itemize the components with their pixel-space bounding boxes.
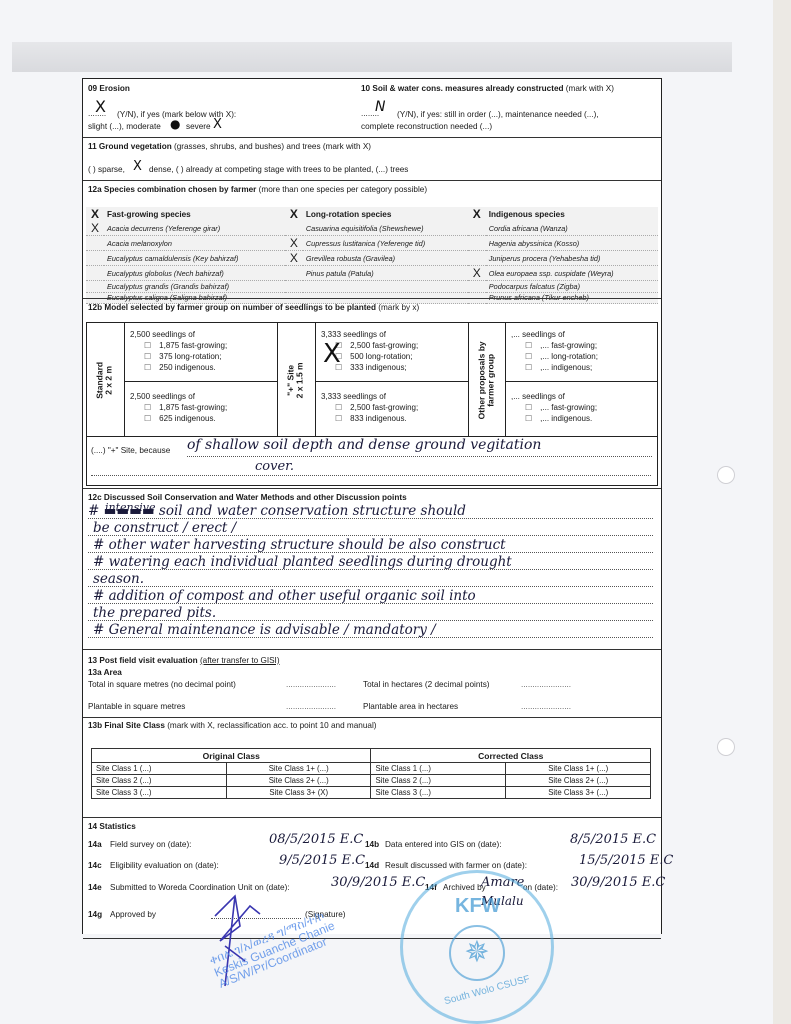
erosion-answer[interactable]: X [95,97,106,116]
total-sqm-field[interactable]: ...................... [286,680,336,689]
seedling-text: 500 long-rotation; [350,352,412,361]
species-checkbox[interactable] [285,266,303,281]
dense-checkbox[interactable]: X [133,159,142,174]
other-option-a[interactable]: ,... seedlings of☐,... fast-growing;☐,..… [511,329,598,373]
site-class-title-bold: 13b Final Site Class [88,721,165,730]
seedling-text: 250 indigenous. [159,363,216,372]
seedling-total: 3,333 seedlings of [321,391,418,402]
seedling-breakdown: ☐250 indigenous. [130,362,227,373]
species-checkbox[interactable] [285,221,303,236]
site-class-row: Site Class 2 (...)Site Class 2+ (...)Sit… [92,775,651,787]
species-name: Acacia melanoxylon [104,236,285,251]
plus-site-option-b[interactable]: 3,333 seedlings of☐2,500 fast-growing;☐8… [321,391,418,424]
seedling-text: 833 indigenous. [350,414,407,423]
discussion-line[interactable]: the prepared pits. [93,605,216,621]
species-name: Cupressus lustitanica (Yeferenge tid) [303,236,468,251]
species-name: Cordia africana (Wanza) [486,221,658,236]
other-option-b[interactable]: ,... seedlings of☐,... fast-growing;☐,..… [511,391,597,424]
plantable-ha-field[interactable]: ...................... [521,702,571,711]
gis-entry-date[interactable]: 8/5/2015 E.C [570,832,656,847]
seedling-text: 2,500 fast-growing; [350,341,418,350]
species-checkbox[interactable] [468,251,486,266]
section-erosion-swc: 09 Erosion ........ X (Y/N), if yes (mar… [83,79,661,135]
evaluation-subtitle: (after transfer to GISI) [200,656,280,665]
checkbox-icon[interactable]: ☐ [335,414,342,423]
seedling-text: ,... seedlings of [511,392,565,401]
species-checkbox[interactable] [86,251,104,266]
punch-hole [717,738,735,756]
seedling-breakdown: ☐,... long-rotation; [511,351,598,362]
site-class-option[interactable]: Site Class 3 (...) [371,787,506,799]
seedling-total: ,... seedlings of [511,329,598,340]
total-ha-field[interactable]: ...................... [521,680,571,689]
species-name: Grevillea robusta (Gravilea) [303,251,468,266]
site-class-option[interactable]: Site Class 1+ (...) [506,763,651,775]
standard-model-label: Standard2 x 2 m [96,340,115,420]
seedling-breakdown: ☐,... indigenous. [511,413,597,424]
species-checkbox[interactable]: X [285,236,303,251]
seedling-breakdown: ☐833 indigenous. [321,413,418,424]
seedling-text: ,... seedlings of [511,330,565,339]
swc-title-bold: 10 Soil & water cons. measures already c… [361,84,564,93]
seedling-breakdown: ☐2,500 fast-growing; [321,402,418,413]
seedling-text: ,... indigenous; [540,363,592,372]
seedling-text: 1,875 fast-growing; [159,403,227,412]
seedling-breakdown: ☐375 long-rotation; [130,351,227,362]
model-grid: Standard2 x 2 m "+" Site2 x 1.5 m Other … [86,322,658,486]
species-title: 12a Species combination chosen by farmer… [88,185,427,194]
species-name: Eucalyptus grandis (Grandis bahirzaf) [104,281,285,293]
kfw-round-stamp: KFW ✵ South Wolo CSUSF [400,870,554,1024]
vegetation-title-bold: 11 Ground vegetation [88,142,172,151]
seedling-breakdown: ☐1,875 fast-growing; [130,402,227,413]
archive-date[interactable]: 30/9/2015 E.C [571,875,665,890]
seedling-breakdown: ☐,... indigenous; [511,362,598,373]
scan-shadow-band [12,42,732,72]
discussion-line[interactable]: # General maintenance is advisable / man… [93,622,436,638]
species-name: Podocarpus falcatus (Zigba) [486,281,658,293]
standard-option-a[interactable]: 2,500 seedlings of☐1,875 fast-growing;☐3… [130,329,227,373]
species-checkbox[interactable] [285,281,303,293]
field-survey-date[interactable]: 08/5/2015 E.C [269,832,363,847]
section-discussion-points: 12c Discussed Soil Conservation and Wate… [83,488,661,647]
stat-14g-code: 14g [88,910,102,919]
standard-dim: 2 x 2 m [104,366,114,395]
seedling-text: 625 indigenous. [159,414,216,423]
vegetation-title: 11 Ground vegetation (grasses, shrubs, a… [88,142,371,151]
site-class-option[interactable]: Site Class 1+ (...) [226,763,371,775]
stat-14b-label: Data entered into GIS on (date): [385,840,502,849]
checkbox-icon[interactable]: ☐ [144,352,151,361]
plus-site-selected-mark: X [323,339,341,369]
swc-title: 10 Soil & water cons. measures already c… [361,84,614,93]
seedling-text: 2,500 seedlings of [130,330,195,339]
species-row: Eucalyptus grandis (Grandis bahirzaf)Pod… [86,281,658,293]
swc-line1: (Y/N), if yes: still in order (...), mai… [397,110,599,119]
site-class-option[interactable]: Site Class 3+ (X) [226,787,371,799]
other-label2: farmer group [486,354,496,407]
seedling-text: 375 long-rotation; [159,352,221,361]
farmer-discussion-date[interactable]: 15/5/2015 E.C [579,853,673,868]
seedling-total: ,... seedlings of [511,391,597,402]
site-class-row: Site Class 3 (...)Site Class 3+ (X)Site … [92,787,651,799]
discussion-line[interactable]: # ▬▬▬▬ soil and water conservation struc… [88,503,466,519]
long-x-header: X [285,207,303,221]
area-title: 13a Area [88,668,122,677]
stat-14c-label: Eligibility evaluation on (date): [110,861,219,870]
checkbox-icon[interactable]: ☐ [525,363,532,372]
section-post-field-evaluation: 13 Post field visit evaluation (after tr… [83,649,661,815]
plantable-ha-label: Plantable area in hectares [363,702,458,711]
long-rotation-header: Long-rotation species [303,207,468,221]
species-checkbox[interactable]: X [468,266,486,281]
seedling-text: 2,500 seedlings of [130,392,195,401]
section-species-combination: 12a Species combination chosen by farmer… [83,180,661,296]
eligibility-date[interactable]: 9/5/2015 E.C [279,853,365,868]
checkbox-icon[interactable]: ☐ [144,341,151,350]
woreda-submission-date[interactable]: 30/9/2015 E.C [331,875,425,890]
seedling-text: ,... indigenous. [540,414,592,423]
species-name: Acacia decurrens (Yeferenge girar) [104,221,285,236]
discussion-line[interactable]: # watering each individual planted seedl… [93,554,512,570]
other-proposals-label: Other proposals byfarmer group [478,335,497,425]
evaluation-title-bold: 13 Post field visit evaluation [88,656,198,665]
site-class-row: Site Class 1 (...)Site Class 1+ (...)Sit… [92,763,651,775]
species-checkbox[interactable] [468,281,486,293]
section-statistics: 14 Statistics 14a Field survey on (date)… [83,817,661,939]
fast-x-header: X [86,207,104,221]
species-checkbox[interactable] [468,221,486,236]
species-name: Eucalyptus camaldulensis (Key bahirzaf) [104,251,285,266]
stat-14g-label: Approved by [110,910,156,919]
because-handwriting-2[interactable]: cover. [255,459,294,474]
site-class-option[interactable]: Site Class 2 (...) [371,775,506,787]
stat-14a-code: 14a [88,840,102,849]
species-name [303,281,468,293]
star-emblem-icon: ✵ [449,925,505,981]
total-ha-label: Total in hectares (2 decimal points) [363,680,490,689]
seedling-text: ,... fast-growing; [540,403,597,412]
seedling-text: ,... long-rotation; [540,352,598,361]
seedling-breakdown: ☐625 indigenous. [130,413,227,424]
vegetation-rest: dense, ( ) already at competing stage wi… [149,165,408,174]
checkbox-icon[interactable]: ☐ [144,414,151,423]
species-checkbox[interactable]: X [285,251,303,266]
statistics-title: 14 Statistics [88,822,136,831]
stat-14d-label: Result discussed with farmer on (date): [385,861,527,870]
stat-14e-code: 14e [88,883,102,892]
seedling-text: ,... fast-growing; [540,341,597,350]
site-class-suffix: (mark with X, reclassification acc. to p… [167,721,376,730]
seedling-text: 2,500 fast-growing; [350,403,418,412]
scanner-edge [773,0,791,1024]
species-title-suffix: (more than one species per category poss… [259,185,427,194]
stat-14b-code: 14b [365,840,379,849]
site-class-table: Original Class Corrected Class Site Clas… [91,748,651,799]
discussion-line[interactable]: season. [93,571,144,587]
original-class-header: Original Class [92,749,371,763]
plus-site-model-label: "+" Site2 x 1.5 m [287,340,306,420]
species-name: Olea europaea ssp. cuspidate (Weyra) [486,266,658,281]
species-checkbox[interactable] [468,236,486,251]
indigenous-x-header: X [468,207,486,221]
site-class-option[interactable]: Site Class 3+ (...) [506,787,651,799]
stat-14c-code: 14c [88,861,102,870]
erosion-title: 09 Erosion [88,84,130,93]
swc-title-suffix: (mark with X) [566,84,614,93]
discussion-line[interactable]: # addition of compost and other useful o… [93,588,476,604]
checkbox-icon[interactable]: ☐ [335,403,342,412]
site-class-option[interactable]: Site Class 2+ (...) [226,775,371,787]
plantable-sqm-field[interactable]: ...................... [286,702,336,711]
site-class-option[interactable]: Site Class 2+ (...) [506,775,651,787]
model-title-suffix: (mark by x) [378,303,419,312]
species-name: Eucalyptus globolus (Nech bahirzaf) [104,266,285,281]
checkbox-icon[interactable]: ☐ [144,363,151,372]
corrected-class-header: Corrected Class [371,749,651,763]
kfw-stamp-label: KFW [455,895,501,918]
moderate-checkbox[interactable]: ● [170,117,180,131]
species-checkbox[interactable] [86,266,104,281]
species-name: Juniperus procera (Yehabesha tid) [486,251,658,266]
checkbox-icon[interactable]: ☐ [144,403,151,412]
species-name: Casuarina equisitifolia (Shewshewe) [303,221,468,236]
swc-answer[interactable]: N [375,99,385,115]
plus-site-dim: 2 x 1.5 m [295,362,305,398]
seedling-text: 3,333 seedlings of [321,392,386,401]
checkbox-icon[interactable]: ☐ [525,341,532,350]
species-checkbox[interactable]: X [86,221,104,236]
seedling-text: 333 indigenous; [350,363,407,372]
standard-option-b[interactable]: 2,500 seedlings of☐1,875 fast-growing;☐6… [130,391,227,424]
section-ground-vegetation: 11 Ground vegetation (grasses, shrubs, a… [83,137,661,178]
seedling-total: 2,500 seedlings of [130,391,227,402]
site-class-option[interactable]: Site Class 1 (...) [371,763,506,775]
vegetation-title-suffix: (grasses, shrubs, and bushes) and trees … [174,142,371,151]
checkbox-icon[interactable]: ☐ [525,414,532,423]
seedling-text: 1,875 fast-growing; [159,341,227,350]
species-checkbox[interactable] [86,236,104,251]
indigenous-header: Indigenous species [486,207,658,221]
seedling-breakdown: ☐1,875 fast-growing; [130,340,227,351]
species-row: Eucalyptus camaldulensis (Key bahirzaf)X… [86,251,658,266]
site-class-option[interactable]: Site Class 1 (...) [92,763,227,775]
vegetation-sparse: ( ) sparse, [88,165,125,174]
species-row: XAcacia decurrens (Yeferenge girar)Casua… [86,221,658,236]
seedling-text: 3,333 seedlings of [321,330,386,339]
seedling-total: 2,500 seedlings of [130,329,227,340]
species-checkbox[interactable] [86,281,104,293]
checkbox-icon[interactable]: ☐ [525,352,532,361]
severe-label: severe [186,122,211,131]
punch-hole [717,466,735,484]
species-name: Pinus patula (Patula) [303,266,468,281]
site-assessment-form: 09 Erosion ........ X (Y/N), if yes (mar… [82,78,662,934]
model-title-bold: 12b Model selected by farmer group on nu… [88,303,376,312]
swc-line2: complete reconstruction needed (...) [361,122,492,131]
because-handwriting-1[interactable]: of shallow soil depth and dense ground v… [187,437,541,453]
site-class-option[interactable]: Site Class 3 (...) [92,787,227,799]
model-title: 12b Model selected by farmer group on nu… [88,303,419,312]
seedling-breakdown: ☐,... fast-growing; [511,340,598,351]
species-title-bold: 12a Species combination chosen by farmer [88,185,256,194]
species-table: X Fast-growing species X Long-rotation s… [86,207,658,304]
plantable-sqm-label: Plantable in square metres [88,702,185,711]
species-row: Acacia melanoxylonXCupressus lustitanica… [86,236,658,251]
severe-checkbox[interactable]: X [213,117,222,132]
site-class-option[interactable]: Site Class 2 (...) [92,775,227,787]
site-class-title: 13b Final Site Class (mark with X, recla… [88,721,377,730]
stat-14d-code: 14d [365,861,379,870]
species-row: Eucalyptus globolus (Nech bahirzaf)Pinus… [86,266,658,281]
erosion-options: slight (...), moderate [88,122,161,131]
evaluation-title: 13 Post field visit evaluation (after tr… [88,656,280,665]
checkbox-icon[interactable]: ☐ [525,403,532,412]
discussion-line[interactable]: be construct / erect / [93,520,236,536]
discussion-line[interactable]: # other water harvesting structure shoul… [93,537,506,553]
stat-14a-label: Field survey on (date): [110,840,191,849]
seedling-breakdown: ☐,... fast-growing; [511,402,597,413]
fast-growing-header: Fast-growing species [104,207,285,221]
section-seedling-model: 12b Model selected by farmer group on nu… [83,298,661,486]
species-name: Hagenia abyssinica (Kosso) [486,236,658,251]
total-sqm-label: Total in square metres (no decimal point… [88,680,236,689]
plus-site-because-label: (....) "+" Site, because [91,446,170,455]
